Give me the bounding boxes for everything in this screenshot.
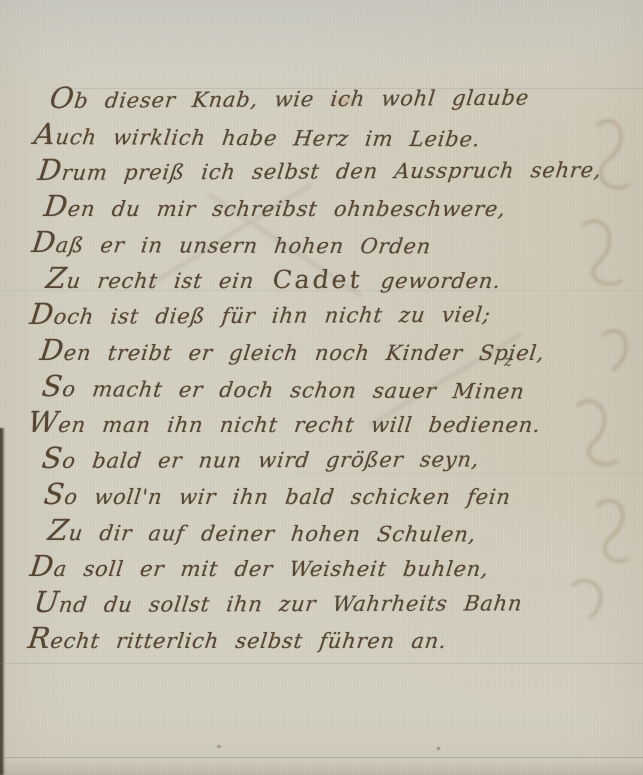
poem-line-7: Doch ist dieß für ihn nicht zu viel; (28, 293, 631, 332)
poem-line-3: Drum preiß ich selbst den Ausspruch sehr… (36, 149, 631, 188)
poem-line-14: Da soll er mit der Weisheit buhlen, (28, 548, 630, 584)
show-through-rule-line (0, 663, 643, 664)
poem-line-9: So macht er doch schon sauer Minen (40, 368, 630, 407)
poem-line-1: Ob dieser Knab, wie ich wohl glaube (48, 76, 631, 116)
ink-speck (437, 747, 440, 750)
scan-edge-shadow (0, 428, 5, 775)
poem-line-6-pre: Zu recht ist ein (44, 269, 272, 293)
poem-line-12: So woll'n wir ihn bald schicken fein (42, 476, 630, 512)
ink-speck (217, 745, 221, 748)
paper-crease-line (0, 757, 643, 758)
poem-line-6: Zu recht ist ein Cadet geworden. (44, 260, 630, 296)
manuscript-page: Ob dieser Knab, wie ich wohl glaube Auch… (0, 0, 643, 775)
insertion-mark: z (504, 352, 513, 370)
poem-line-15: Und du sollst ihn zur Wahrheits Bahn (32, 582, 631, 620)
poem-line-13: Zu dir auf deiner hohen Schulen, (46, 512, 630, 550)
poem-line-4: Den du mir schreibst ohnbeschwere, (42, 188, 630, 224)
poem-line-16: Recht ritterlich selbst führen an. (26, 620, 630, 656)
poem-line-6-post: geworden. (363, 269, 502, 293)
latin-word-cadet: Cadet (269, 265, 366, 294)
poem-text-block: Ob dieser Knab, wie ich wohl glaube Auch… (26, 80, 626, 656)
poem-line-10: Wen man ihn nicht recht will bedienen. (26, 404, 630, 440)
poem-line-11: So bald er nun wird größer seyn, (40, 438, 631, 476)
poem-line-5: Daß er in unsern hohen Orden (30, 224, 630, 262)
poem-line-8: Den treibt er gleich noch Kinder Spiel, (38, 332, 630, 368)
